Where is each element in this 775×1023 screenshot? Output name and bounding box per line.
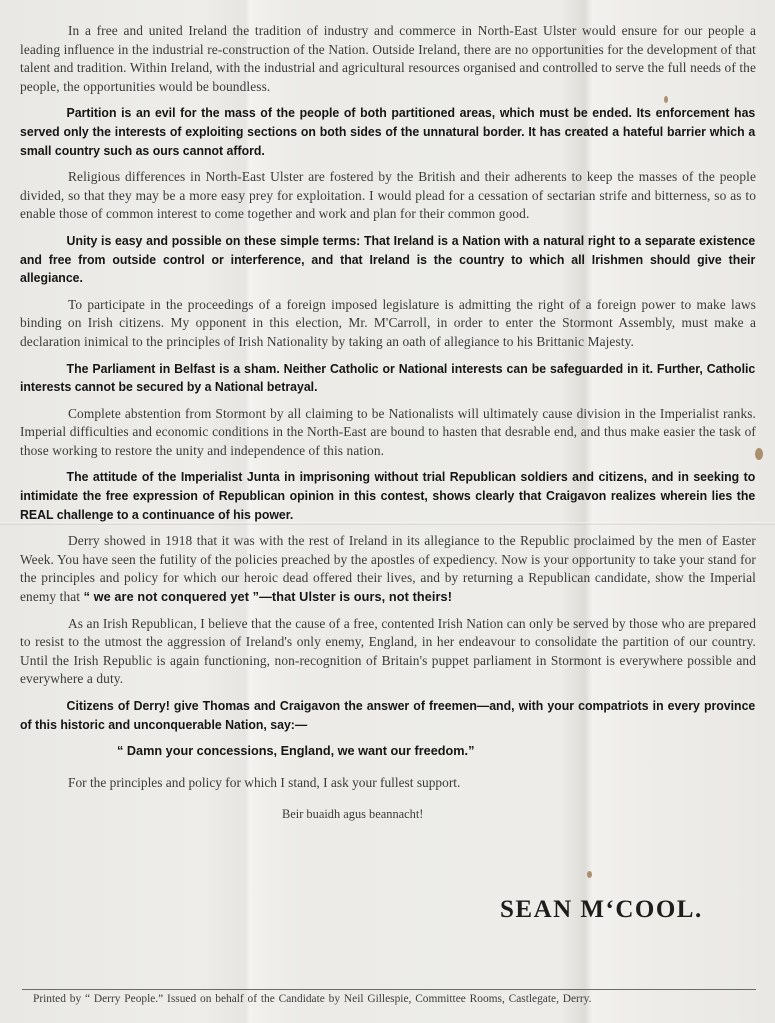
- leaflet-body: In a free and united Ireland the traditi…: [20, 22, 756, 822]
- footer-divider: [22, 989, 756, 990]
- irish-greeting: Beir buaidh agus beannacht!: [20, 807, 756, 822]
- not-conquered-slogan: “ we are not conquered yet ”—that Ulster…: [84, 590, 452, 604]
- paragraph-unity-terms: Unity is easy and possible on these simp…: [20, 232, 755, 288]
- paragraph-imperialist-junta: The attitude of the Imperialist Junta in…: [20, 468, 755, 524]
- paper-stain: [664, 96, 668, 103]
- paragraph-foreign-legislature: To participate in the proceedings of a f…: [20, 296, 756, 352]
- paper-stain: [755, 448, 763, 460]
- paragraph-northeast-industry: In a free and united Ireland the traditi…: [20, 22, 756, 96]
- printer-imprint: Printed by “ Derry People.” Issued on be…: [33, 993, 753, 1005]
- paragraph-irish-republican: As an Irish Republican, I believe that t…: [20, 615, 756, 689]
- support-request: For the principles and policy for which …: [20, 775, 756, 791]
- paragraph-citizens-of-derry: Citizens of Derry! give Thomas and Craig…: [20, 697, 755, 734]
- candidate-signature: SEAN M‘COOL.: [500, 896, 703, 924]
- paragraph-religious-differences: Religious differences in North-East Ulst…: [20, 168, 756, 224]
- paragraph-derry-1918: Derry showed in 1918 that it was with th…: [20, 532, 756, 606]
- leaflet-page: In a free and united Ireland the traditi…: [0, 0, 775, 1023]
- paper-stain: [587, 871, 592, 878]
- paragraph-abstention: Complete abstention from Stormont by all…: [20, 405, 756, 461]
- paragraph-partition: Partition is an evil for the mass of the…: [20, 104, 755, 160]
- paragraph-belfast-parliament: The Parliament in Belfast is a sham. Nei…: [20, 360, 755, 397]
- freedom-quote: “ Damn your concessions, England, we wan…: [20, 742, 756, 761]
